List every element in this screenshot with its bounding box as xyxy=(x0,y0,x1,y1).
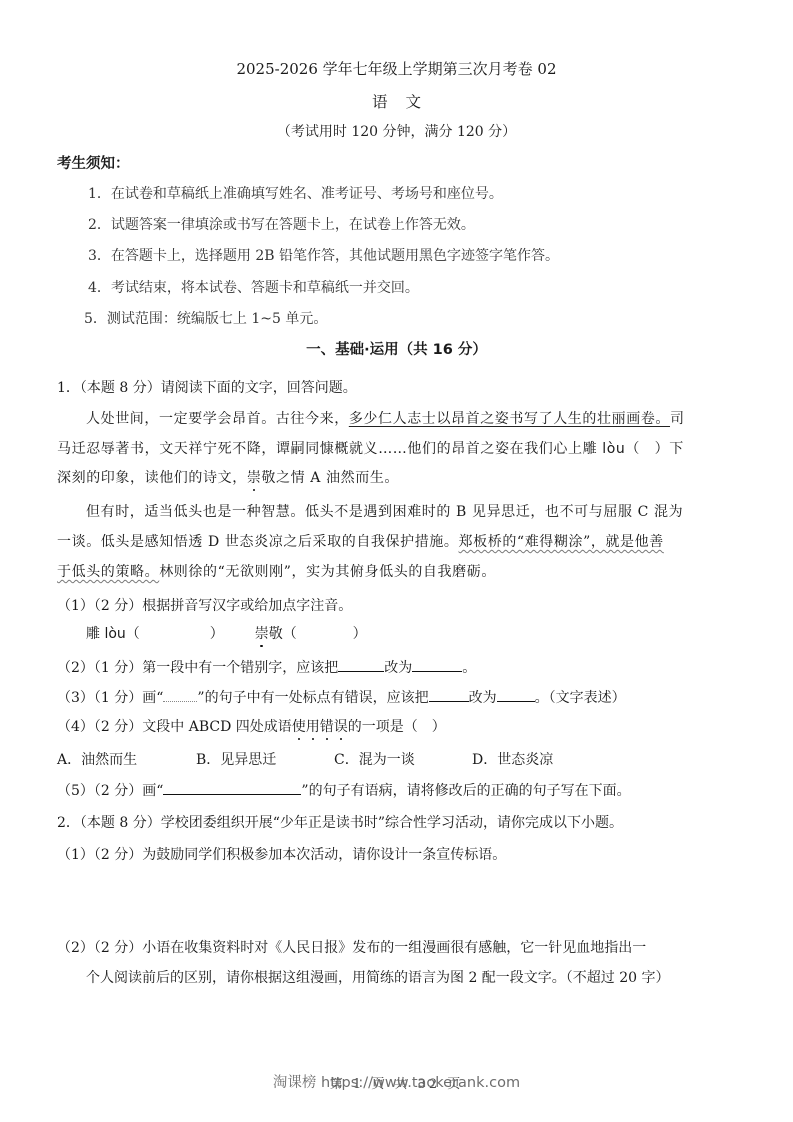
exam-page: 2025-2026 学年七年级上学期第三次月考卷 02 语文 （考试用时 120… xyxy=(0,0,793,1122)
option-b[interactable]: B．见异思迁 xyxy=(196,749,276,769)
answer-paren-b[interactable]: （ ） xyxy=(283,626,367,642)
notice-heading: 考生须知： xyxy=(57,152,130,173)
q1-sub5-text: （5）（2 分）画“ xyxy=(57,783,163,799)
passage-text: 敬之情 A 油然而生。 xyxy=(261,470,399,486)
item-a-prefix: 雕 xyxy=(86,626,100,642)
exam-subject: 语文 xyxy=(0,90,793,112)
emphasis-dot-char: 用 xyxy=(306,719,320,735)
q1-sub2: （2）（1 分）第一段中有一个错别字，应该把改为。 xyxy=(57,657,476,677)
passage-text: 深刻的印象，读他们的诗文， xyxy=(57,470,247,486)
q1-sub2-text: （2）（1 分）第一段中有一个错别字，应该把 xyxy=(57,660,338,676)
answer-blank-1[interactable] xyxy=(338,657,384,672)
emphasis-dot-char: 崇 xyxy=(255,626,269,642)
passage-text: （ ）下 xyxy=(625,441,683,457)
q1-sub4-text: （4）（2 分）文段中 ABCD 四处成语 xyxy=(57,719,292,735)
q1-sub3-text: ”的句子中有一处标点有错误，应该把 xyxy=(197,690,428,706)
item-b-rest: 敬 xyxy=(269,626,283,642)
emphasis-dot-char: 错 xyxy=(320,719,334,735)
q1-sub3: （3）（1 分）画“”的句子中有一处标点有错误，应该把改为。（文字表述） xyxy=(57,687,626,707)
passage-text: 林则徐的“无欲则刚”，实为其俯身低头的自我磨砺。 xyxy=(159,564,496,580)
notice-item-2: 2．试题答案一律填涂或书写在答题卡上，在试卷上作答无效。 xyxy=(88,214,475,234)
q1-sub1-stem: （1）（2 分）根据拼音写汉字或给加点字注音。 xyxy=(57,595,352,615)
passage-text: 马迁忍辱著书，文天祥宁死不降，谭嗣同慷概就义……他们的昂首之姿在我们心上雕 xyxy=(57,441,597,457)
emphasis-dot-char: 误 xyxy=(334,719,348,735)
notice-item-5: 5．测试范围：统编版七上 1~5 单元。 xyxy=(84,308,327,328)
emphasis-dot-char: 使 xyxy=(292,719,306,735)
answer-blank-2[interactable] xyxy=(412,657,462,672)
wavy-underlined-sentence: 郑板桥的“难得糊涂”，就是他善 xyxy=(459,534,664,550)
option-a[interactable]: A．油然而生 xyxy=(57,749,137,769)
notice-item-4: 4．考试结束，将本试卷、答题卡和草稿纸一并交回。 xyxy=(88,277,419,297)
q2-sub2-line2: 个人阅读前后的区别，请你根据这组漫画，用简练的语言为图 2 配一段文字。（不超过… xyxy=(86,967,670,987)
answer-paren-a[interactable]: （ ） xyxy=(126,626,224,642)
q1-sub5: （5）（2 分）画“”的句子有语病，请将修改后的正确的句子写在下面。 xyxy=(57,780,631,800)
exam-duration: （考试用时 120 分钟，满分 120 分） xyxy=(0,121,793,141)
passage-p1-line3: 深刻的印象，读他们的诗文，崇敬之情 A 油然而生。 xyxy=(57,467,399,487)
pinyin-lou: lòu xyxy=(602,441,625,457)
emphasis-dot-char: 崇 xyxy=(247,470,262,486)
q2-sub1: （1）（2 分）为鼓励同学们积极参加本次活动，请你设计一条宣传标语。 xyxy=(57,844,506,864)
underline-sample xyxy=(163,780,301,795)
passage-text: 一谈。低头是感知悟透 D 世态炎凉之后采取的自我保护措施。 xyxy=(57,534,459,550)
q1-sub3-text: 。（文字表述） xyxy=(535,690,626,706)
notice-item-1: 1．在试卷和草稿纸上准确填写姓名、准考证号、考场号和座位号。 xyxy=(88,183,503,203)
option-c[interactable]: C．混为一谈 xyxy=(334,749,415,769)
q1-sub1-items: 雕 lòu（ ） 崇敬（ ） xyxy=(86,623,367,643)
q1-sub5-text: ”的句子有语病，请将修改后的正确的句子写在下面。 xyxy=(301,783,630,799)
q2-sub2-line1: （2）（2 分）小语在收集资料时对《人民日报》发布的一组漫画很有感触，它一针见血… xyxy=(57,937,646,957)
option-d[interactable]: D．世态炎凉 xyxy=(472,749,553,769)
q1-sub4: （4）（2 分）文段中 ABCD 四处成语使用错误的一项是（ ） xyxy=(57,716,446,736)
answer-blank-4[interactable] xyxy=(497,687,535,702)
q1-sub4-text: 的一项是（ ） xyxy=(348,719,446,735)
passage-p1-line1: 人处世间，一定要学会昂首。古往今来，多少仁人志士以昂首之姿书写了人生的壮丽画卷。… xyxy=(86,408,685,428)
passage-text: 司 xyxy=(670,411,685,427)
exam-title: 2025-2026 学年七年级上学期第三次月考卷 02 xyxy=(0,58,793,79)
q1-sub2-text: 改为 xyxy=(384,660,412,676)
question-1-stem: 1．（本题 8 分）请阅读下面的文字，回答问题。 xyxy=(57,377,357,397)
section-heading: 一、基础·运用（共 16 分） xyxy=(0,338,793,359)
underlined-sentence: 多少仁人志士以昂首之姿书写了人生的壮丽画卷。 xyxy=(349,411,670,427)
passage-p2-line3: 于低头的策略。林则徐的“无欲则刚”，实为其俯身低头的自我磨砺。 xyxy=(57,561,496,581)
watermark: 淘课榜 https://www.taokerank.com xyxy=(0,1071,793,1092)
q1-sub3-text: （3）（1 分）画“ xyxy=(57,690,163,706)
answer-blank-3[interactable] xyxy=(429,687,469,702)
notice-item-3: 3．在答题卡上，选择题用 2B 铅笔作答，其他试题用黑色字迹签字笔作答。 xyxy=(88,245,559,265)
question-2-stem: 2．（本题 8 分）学校团委组织开展“少年正是读书时”综合性学习活动，请你完成以… xyxy=(57,812,623,832)
wavy-line-sample xyxy=(163,689,197,702)
passage-p2-line1: 但有时，适当低头也是一种智慧。低头不是遇到困难时的 B 见异思迁，也不可与屈服 … xyxy=(86,501,683,521)
q1-sub3-text: 改为 xyxy=(469,690,497,706)
item-a-pinyin: lòu xyxy=(104,626,125,642)
q1-sub2-text: 。 xyxy=(462,660,476,676)
passage-p1-line2: 马迁忍辱著书，文天祥宁死不降，谭嗣同慷概就义……他们的昂首之姿在我们心上雕 lò… xyxy=(57,438,684,458)
wavy-underlined-sentence: 于低头的策略。 xyxy=(57,564,159,580)
passage-p2-line2: 一谈。低头是感知悟透 D 世态炎凉之后采取的自我保护措施。郑板桥的“难得糊涂”，… xyxy=(57,531,664,551)
passage-text: 人处世间，一定要学会昂首。古往今来， xyxy=(86,411,349,427)
